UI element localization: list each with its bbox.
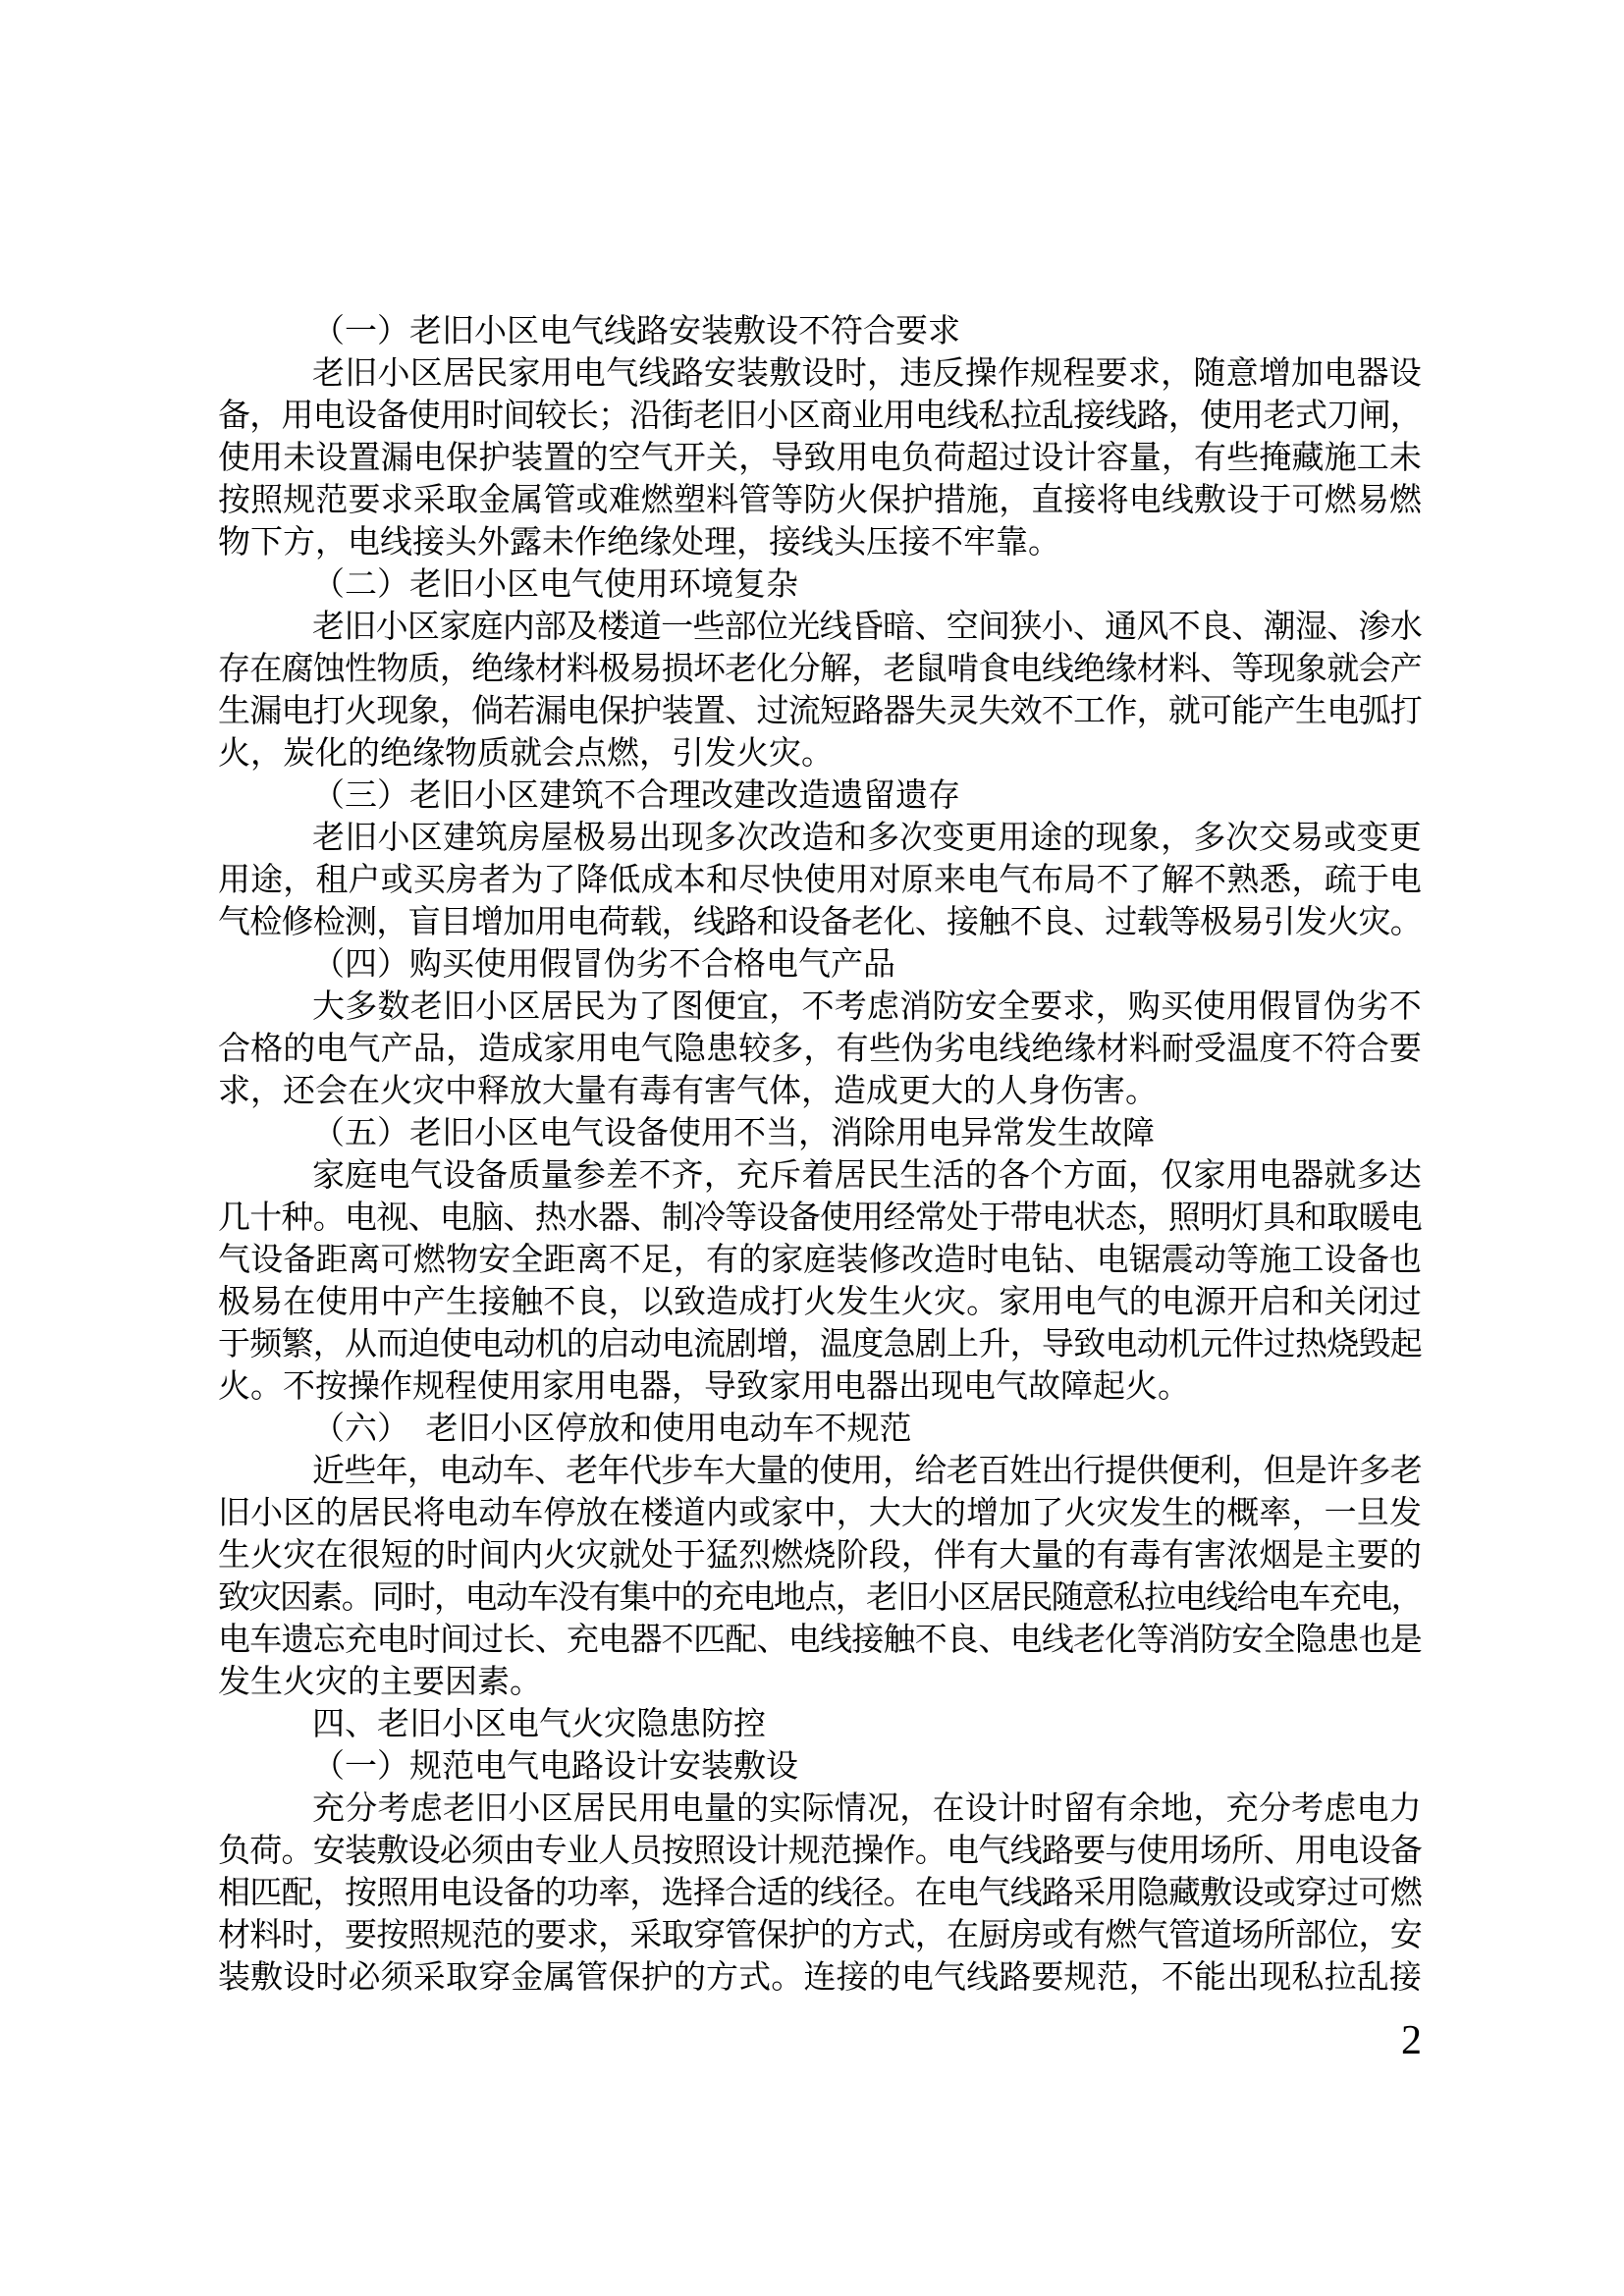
paragraph-line-text: 生漏电打火现象，倘若漏电保护装置、过流短路器失灵失效不工作，就可能产生电弧打 [218, 694, 1422, 729]
document-body: （一）老旧小区电气线路安装敷设不符合要求老旧小区居民家用电气线路安装敷设时，违反… [218, 311, 1422, 2000]
paragraph-line-text: 装敷设时必须采取穿金属管保护的方式。连接的电气线路要规范，不能出现私拉乱接 [218, 1960, 1422, 1996]
paragraph-line-text: 充分考虑老旧小区居民用电量的实际情况，在设计时留有余地，充分考虑电力 [312, 1791, 1422, 1827]
paragraph-line-text: 近些年，电动车、老年代步车大量的使用，给老百姓出行提供便利，但是许多老 [312, 1454, 1422, 1489]
paragraph-line-text: 生火灾在很短的时间内火灾就处于猛烈燃烧阶段，伴有大量的有毒有害浓烟是主要的 [218, 1538, 1422, 1574]
paragraph-line: 大多数老旧小区居民为了图便宜，不考虑消防安全要求，购买使用假冒伪劣不 [218, 987, 1422, 1029]
paragraph-line: 备，用电设备使用时间较长；沿街老旧小区商业用电线私拉乱接线路，使用老式刀闸， [218, 396, 1422, 438]
paragraph-line-text: 物下方，电线接头外露未作绝缘处理，接线头压接不牢靠。 [218, 525, 1060, 561]
section-heading-text: （二）老旧小区电气使用环境复杂 [312, 567, 798, 603]
paragraph-line: 生漏电打火现象，倘若漏电保护装置、过流短路器失灵失效不工作，就可能产生电弧打 [218, 691, 1422, 733]
paragraph-line: 材料时，要按照规范的要求，采取穿管保护的方式，在厨房或有燃气管道场所部位，安 [218, 1915, 1422, 1957]
paragraph-line-text: 火。不按操作规程使用家用电器，导致家用电器出现电气故障起火。 [218, 1369, 1190, 1405]
paragraph-line: 用途，租户或买房者为了降低成本和尽快使用对原来电气布局不了解不熟悉，疏于电 [218, 860, 1422, 902]
section-heading-text: （六） 老旧小区停放和使用电动车不规范 [312, 1412, 912, 1447]
paragraph-line: 近些年，电动车、老年代步车大量的使用，给老百姓出行提供便利，但是许多老 [218, 1451, 1422, 1493]
paragraph-line: 求，还会在火灾中释放大量有毒有害气体，造成更大的人身伤害。 [218, 1071, 1422, 1113]
paragraph-line: 致灾因素。同时，电动车没有集中的充电地点，老旧小区居民随意私拉电线给电车充电， [218, 1577, 1422, 1620]
paragraph-line-text: 气设备距离可燃物安全距离不足，有的家庭装修改造时电钻、电锯震动等施工设备也 [218, 1243, 1422, 1278]
paragraph-line-text: 家庭电气设备质量参差不齐，充斥着居民生活的各个方面，仅家用电器就多达 [312, 1158, 1422, 1194]
paragraph-line: 存在腐蚀性物质，绝缘材料极易损坏老化分解，老鼠啃食电线绝缘材料、等现象就会产 [218, 649, 1422, 691]
section-heading-text: （四）购买使用假冒伪劣不合格电气产品 [312, 947, 895, 983]
paragraph-line: 气设备距离可燃物安全距离不足，有的家庭装修改造时电钻、电锯震动等施工设备也 [218, 1240, 1422, 1282]
paragraph-line: 电车遗忘充电时间过长、充电器不匹配、电线接触不良、电线老化等消防安全隐患也是 [218, 1620, 1422, 1662]
paragraph-line: 旧小区的居民将电动车停放在楼道内或家中，大大的增加了火灾发生的概率，一旦发 [218, 1493, 1422, 1535]
paragraph-line: 使用未设置漏电保护装置的空气开关，导致用电负荷超过设计容量，有些掩藏施工未 [218, 438, 1422, 480]
paragraph-line-text: 老旧小区家庭内部及楼道一些部位光线昏暗、空间狭小、通风不良、潮湿、渗水 [312, 610, 1422, 645]
paragraph-line-text: 老旧小区建筑房屋极易出现多次改造和多次变更用途的现象，多次交易或变更 [312, 821, 1422, 856]
paragraph-line: 火。不按操作规程使用家用电器，导致家用电器出现电气故障起火。 [218, 1366, 1422, 1409]
paragraph-line-text: 求，还会在火灾中释放大量有毒有害气体，造成更大的人身伤害。 [218, 1074, 1158, 1109]
paragraph-line-text: 气检修检测，盲目增加用电荷载，线路和设备老化、接触不良、过载等极易引发火灾。 [218, 905, 1422, 940]
section-heading: （四）购买使用假冒伪劣不合格电气产品 [218, 944, 1422, 987]
paragraph-line-text: 材料时，要按照规范的要求，采取穿管保护的方式，在厨房或有燃气管道场所部位，安 [218, 1918, 1422, 1953]
document-page: （一）老旧小区电气线路安装敷设不符合要求老旧小区居民家用电气线路安装敷设时，违反… [0, 0, 1624, 2296]
paragraph-line-text: 电车遗忘充电时间过长、充电器不匹配、电线接触不良、电线老化等消防安全隐患也是 [218, 1623, 1422, 1658]
section-heading: 四、老旧小区电气火灾隐患防控 [218, 1704, 1422, 1746]
paragraph-line-text: 用途，租户或买房者为了降低成本和尽快使用对原来电气布局不了解不熟悉，疏于电 [218, 863, 1422, 898]
section-heading-text: （一）规范电气电路设计安装敷设 [312, 1749, 798, 1785]
section-heading-text: （五）老旧小区电气设备使用不当，消除用电异常发生故障 [312, 1116, 1155, 1151]
paragraph-line: 老旧小区家庭内部及楼道一些部位光线昏暗、空间狭小、通风不良、潮湿、渗水 [218, 607, 1422, 649]
paragraph-line-text: 按照规范要求采取金属管或难燃塑料管等防火保护措施，直接将电线敷设于可燃易燃 [218, 483, 1422, 518]
paragraph-line: 老旧小区居民家用电气线路安装敷设时，违反操作规程要求，随意增加电器设 [218, 353, 1422, 396]
paragraph-line-text: 旧小区的居民将电动车停放在楼道内或家中，大大的增加了火灾发生的概率，一旦发 [218, 1496, 1422, 1531]
paragraph-line-text: 发生火灾的主要因素。 [218, 1665, 542, 1700]
paragraph-line: 发生火灾的主要因素。 [218, 1662, 1422, 1704]
paragraph-line-text: 几十种。电视、电脑、热水器、制冷等设备使用经常处于带电状态，照明灯具和取暖电 [218, 1201, 1422, 1236]
paragraph-line-text: 备，用电设备使用时间较长；沿街老旧小区商业用电线私拉乱接线路，使用老式刀闸， [218, 399, 1422, 434]
paragraph-line: 相匹配，按照用电设备的功率，选择合适的线径。在电气线路采用隐藏敷设或穿过可燃 [218, 1873, 1422, 1915]
paragraph-line-text: 存在腐蚀性物质，绝缘材料极易损坏老化分解，老鼠啃食电线绝缘材料、等现象就会产 [218, 652, 1422, 687]
section-heading: （三）老旧小区建筑不合理改建改造遗留遗存 [218, 775, 1422, 818]
section-heading-text: 四、老旧小区电气火灾隐患防控 [312, 1707, 766, 1742]
paragraph-line-text: 合格的电气产品，造成家用电气隐患较多，有些伪劣电线绝缘材料耐受温度不符合要 [218, 1032, 1422, 1067]
section-heading-text: （一）老旧小区电气线路安装敷设不符合要求 [312, 314, 960, 349]
paragraph-line: 几十种。电视、电脑、热水器、制冷等设备使用经常处于带电状态，照明灯具和取暖电 [218, 1198, 1422, 1240]
paragraph-line: 生火灾在很短的时间内火灾就处于猛烈燃烧阶段，伴有大量的有毒有害浓烟是主要的 [218, 1535, 1422, 1577]
paragraph-line-text: 负荷。安装敷设必须由专业人员按照设计规范操作。电气线路要与使用场所、用电设备 [218, 1834, 1422, 1869]
paragraph-line: 于频繁，从而迫使电动机的启动电流剧增，温度急剧上升，导致电动机元件过热烧毁起 [218, 1324, 1422, 1366]
paragraph-line-text: 火，炭化的绝缘物质就会点燃，引发火灾。 [218, 736, 834, 772]
paragraph-line: 装敷设时必须采取穿金属管保护的方式。连接的电气线路要规范，不能出现私拉乱接 [218, 1957, 1422, 2000]
paragraph-line: 火，炭化的绝缘物质就会点燃，引发火灾。 [218, 733, 1422, 775]
section-heading: （五）老旧小区电气设备使用不当，消除用电异常发生故障 [218, 1113, 1422, 1155]
paragraph-line: 物下方，电线接头外露未作绝缘处理，接线头压接不牢靠。 [218, 522, 1422, 564]
page-number: 2 [1401, 2020, 1422, 2061]
paragraph-line-text: 大多数老旧小区居民为了图便宜，不考虑消防安全要求，购买使用假冒伪劣不 [312, 989, 1422, 1025]
paragraph-line-text: 极易在使用中产生接触不良，以致造成打火发生火灾。家用电气的电源开启和关闭过 [218, 1285, 1422, 1320]
paragraph-line-text: 于频繁，从而迫使电动机的启动电流剧增，温度急剧上升，导致电动机元件过热烧毁起 [218, 1327, 1422, 1362]
paragraph-line-text: 相匹配，按照用电设备的功率，选择合适的线径。在电气线路采用隐藏敷设或穿过可燃 [218, 1876, 1422, 1911]
section-heading: （二）老旧小区电气使用环境复杂 [218, 564, 1422, 607]
paragraph-line: 极易在使用中产生接触不良，以致造成打火发生火灾。家用电气的电源开启和关闭过 [218, 1282, 1422, 1324]
section-heading-text: （三）老旧小区建筑不合理改建改造遗留遗存 [312, 778, 960, 814]
paragraph-line-text: 致灾因素。同时，电动车没有集中的充电地点，老旧小区居民随意私拉电线给电车充电， [218, 1580, 1422, 1616]
section-heading: （一）规范电气电路设计安装敷设 [218, 1746, 1422, 1789]
paragraph-line-text: 老旧小区居民家用电气线路安装敷设时，违反操作规程要求，随意增加电器设 [312, 356, 1422, 392]
paragraph-line: 负荷。安装敷设必须由专业人员按照设计规范操作。电气线路要与使用场所、用电设备 [218, 1831, 1422, 1873]
paragraph-line: 充分考虑老旧小区居民用电量的实际情况，在设计时留有余地，充分考虑电力 [218, 1789, 1422, 1831]
section-heading: （一）老旧小区电气线路安装敷设不符合要求 [218, 311, 1422, 353]
paragraph-line: 家庭电气设备质量参差不齐，充斥着居民生活的各个方面，仅家用电器就多达 [218, 1155, 1422, 1198]
paragraph-line: 合格的电气产品，造成家用电气隐患较多，有些伪劣电线绝缘材料耐受温度不符合要 [218, 1029, 1422, 1071]
paragraph-line: 气检修检测，盲目增加用电荷载，线路和设备老化、接触不良、过载等极易引发火灾。 [218, 902, 1422, 944]
paragraph-line-text: 使用未设置漏电保护装置的空气开关，导致用电负荷超过设计容量，有些掩藏施工未 [218, 441, 1422, 476]
paragraph-line: 按照规范要求采取金属管或难燃塑料管等防火保护措施，直接将电线敷设于可燃易燃 [218, 480, 1422, 522]
paragraph-line: 老旧小区建筑房屋极易出现多次改造和多次变更用途的现象，多次交易或变更 [218, 818, 1422, 860]
section-heading: （六） 老旧小区停放和使用电动车不规范 [218, 1409, 1422, 1451]
